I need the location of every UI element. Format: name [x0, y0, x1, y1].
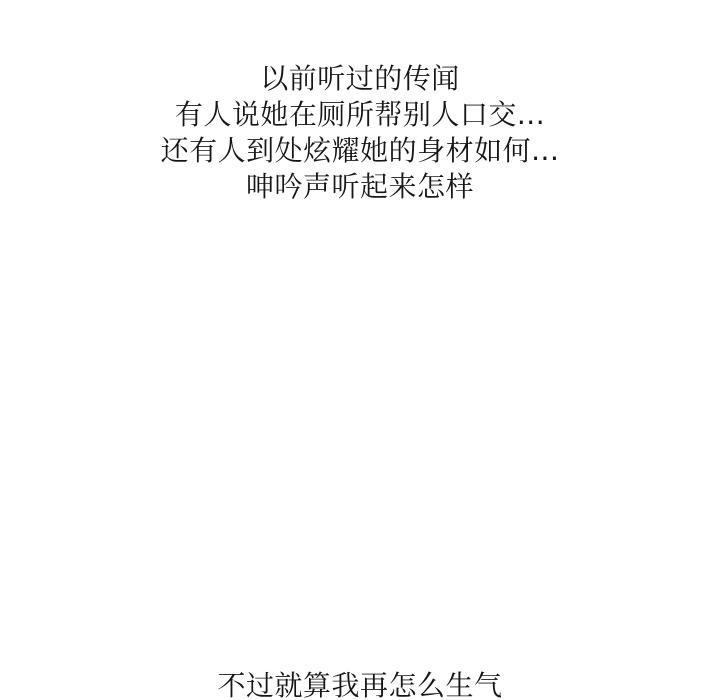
narration-block-top: 以前听过的传闻 有人说她在厕所帮别人口交... 还有人到处炫耀她的身材如何...…: [0, 61, 720, 205]
narration-line: 有人说她在厕所帮别人口交...: [0, 97, 720, 133]
narration-line: 以前听过的传闻: [0, 61, 720, 97]
narration-line: 还有人到处炫耀她的身材如何...: [0, 133, 720, 169]
narration-line: 呻吟声听起来怎样: [0, 169, 720, 205]
narration-line: 不过就算我再怎么生气: [0, 668, 720, 700]
narration-block-bottom: 不过就算我再怎么生气: [0, 668, 720, 700]
comic-page: 以前听过的传闻 有人说她在厕所帮别人口交... 还有人到处炫耀她的身材如何...…: [0, 0, 720, 700]
